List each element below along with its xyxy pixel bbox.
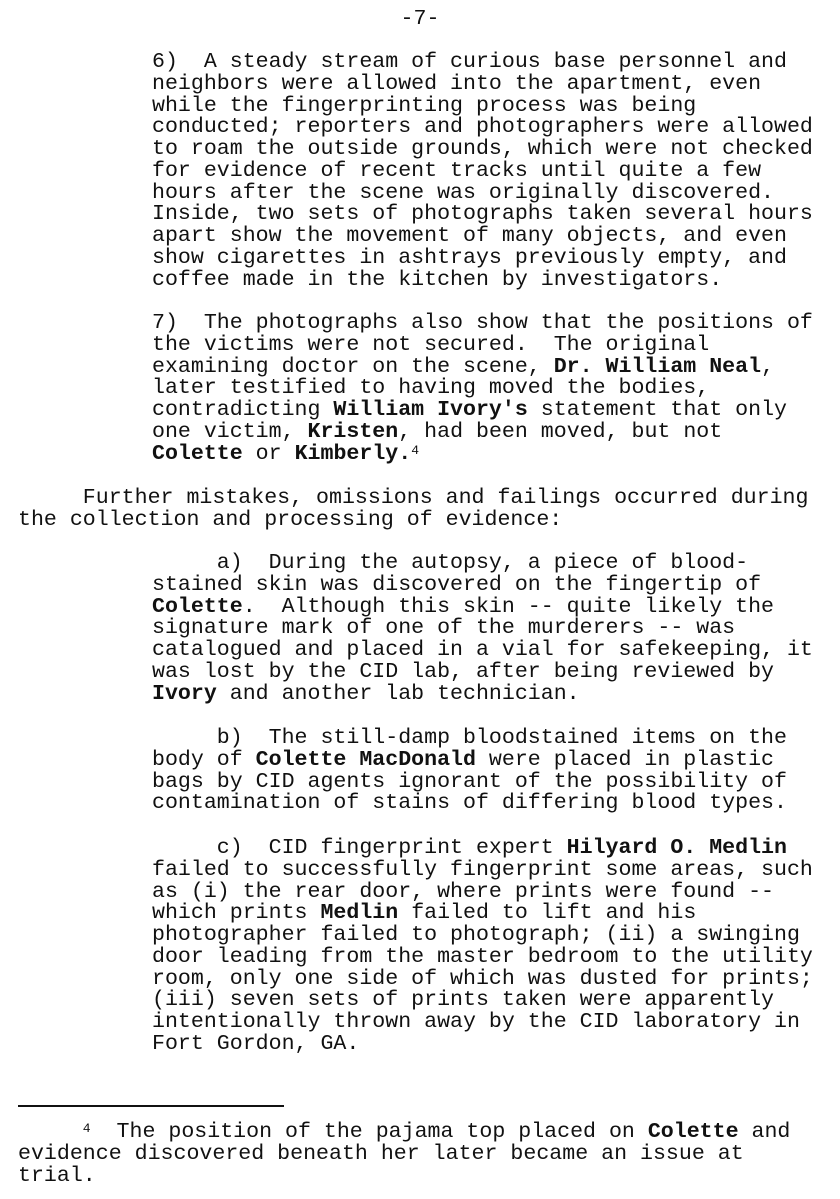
emphasized-name: Colette <box>152 442 243 466</box>
emphasized-name: Ivory <box>152 682 217 706</box>
emphasized-name: Medlin <box>320 901 398 925</box>
footnote: 4 The position of the pajama top placed … <box>18 1122 790 1187</box>
text-line: failed to successfully fingerprint some … <box>152 860 813 882</box>
text-line: apart show the movement of many objects,… <box>152 226 813 248</box>
text-run <box>18 1120 83 1144</box>
list-item-a: a) During the autopsy, a piece of blood-… <box>152 553 813 705</box>
list-item-7: 7) The photographs also show that the po… <box>152 313 813 465</box>
text-line: coffee made in the kitchen by investigat… <box>152 270 813 292</box>
text-line: photographer failed to photograph; (ii) … <box>152 925 813 947</box>
text-line: Fort Gordon, GA. <box>152 1034 813 1056</box>
list-item-6: 6) A steady stream of curious base perso… <box>152 52 813 291</box>
text-run: neighbors were allowed into the apartmen… <box>152 72 761 96</box>
text-run: b) The still-damp bloodstained items on … <box>152 726 787 750</box>
text-line: which prints Medlin failed to lift and h… <box>152 903 813 925</box>
text-run: door leading from the master bedroom to … <box>152 945 813 969</box>
text-run: Further mistakes, omissions and failings… <box>18 486 808 510</box>
text-line: for evidence of recent tracks until quit… <box>152 161 813 183</box>
text-line: 7) The photographs also show that the po… <box>152 313 813 335</box>
text-run: a) During the autopsy, a piece of blood- <box>152 551 748 575</box>
text-run: conducted; reporters and photographers w… <box>152 115 813 139</box>
text-line: catalogued and placed in a vial for safe… <box>152 640 813 662</box>
text-run: The position of the pajama top placed on <box>91 1120 648 1144</box>
text-line: one victim, Kristen, had been moved, but… <box>152 422 813 444</box>
emphasized-name: Kimberly. <box>295 442 412 466</box>
text-line: Further mistakes, omissions and failings… <box>18 488 808 510</box>
text-run: Fort Gordon, GA. <box>152 1032 359 1056</box>
text-run: and <box>739 1120 791 1144</box>
text-line: intentionally thrown away by the CID lab… <box>152 1012 813 1034</box>
footnote-marker: 4 <box>411 443 419 458</box>
text-line: as (i) the rear door, where prints were … <box>152 882 813 904</box>
text-run: c) CID fingerprint expert <box>152 836 567 860</box>
text-line: 6) A steady stream of curious base perso… <box>152 52 813 74</box>
text-run: were placed in plastic <box>476 748 774 772</box>
text-line: a) During the autopsy, a piece of blood- <box>152 553 813 575</box>
text-run: show cigarettes in ashtrays previously e… <box>152 246 787 270</box>
text-line: signature mark of one of the murderers -… <box>152 618 813 640</box>
text-line: Inside, two sets of photographs taken se… <box>152 204 813 226</box>
text-run: body of <box>152 748 256 772</box>
text-line: evidence discovered beneath her later be… <box>18 1144 790 1166</box>
text-run: bags by CID agents ignorant of the possi… <box>152 770 787 794</box>
text-run: which prints <box>152 901 320 925</box>
emphasized-name: William Ivory's <box>333 398 527 422</box>
text-line: show cigarettes in ashtrays previously e… <box>152 248 813 270</box>
emphasized-name: Dr. William Neal <box>554 355 761 379</box>
text-run: contradicting <box>152 398 333 422</box>
list-item-b: b) The still-damp bloodstained items on … <box>152 728 787 815</box>
text-run: hours after the scene was originally dis… <box>152 181 774 205</box>
text-run: stained skin was discovered on the finge… <box>152 573 761 597</box>
text-run: statement that only <box>528 398 787 422</box>
intro-paragraph: Further mistakes, omissions and failings… <box>18 488 808 532</box>
page-number: -7- <box>0 8 840 30</box>
text-run: 7) The photographs also show that the po… <box>152 311 813 335</box>
text-line: later testified to having moved the bodi… <box>152 378 813 400</box>
text-line: while the fingerprinting process was bei… <box>152 96 813 118</box>
text-line: hours after the scene was originally dis… <box>152 183 813 205</box>
text-line: the victims were not secured. The origin… <box>152 335 813 357</box>
text-run: photographer failed to photograph; (ii) … <box>152 923 800 947</box>
text-line: to roam the outside grounds, which were … <box>152 139 813 161</box>
text-run: signature mark of one of the murderers -… <box>152 616 735 640</box>
text-run: failed to lift and his <box>398 901 696 925</box>
text-line: bags by CID agents ignorant of the possi… <box>152 772 787 794</box>
text-run: , had been moved, but not <box>398 420 722 444</box>
text-line: contradicting William Ivory's statement … <box>152 400 813 422</box>
text-run: the collection and processing of evidenc… <box>18 508 562 532</box>
list-item-c: c) CID fingerprint expert Hilyard O. Med… <box>152 838 813 1056</box>
text-line: neighbors were allowed into the apartmen… <box>152 74 813 96</box>
text-run: failed to successfully fingerprint some … <box>152 858 813 882</box>
text-run: (iii) seven sets of prints taken were ap… <box>152 988 774 1012</box>
text-run: later testified to having moved the bodi… <box>152 376 709 400</box>
footnote-marker: 4 <box>83 1121 91 1136</box>
text-run: , <box>761 355 774 379</box>
emphasized-name: Kristen <box>308 420 399 444</box>
emphasized-name: Colette <box>152 595 243 619</box>
text-run: or <box>243 442 295 466</box>
text-run: examining doctor on the scene, <box>152 355 554 379</box>
text-run: coffee made in the kitchen by investigat… <box>152 268 722 292</box>
text-line: room, only one side of which was dusted … <box>152 969 813 991</box>
text-run: for evidence of recent tracks until quit… <box>152 159 761 183</box>
text-run: the victims were not secured. The origin… <box>152 333 709 357</box>
text-line: 4 The position of the pajama top placed … <box>18 1122 790 1144</box>
text-run: intentionally thrown away by the CID lab… <box>152 1010 800 1034</box>
text-run: evidence discovered beneath her later be… <box>18 1142 744 1166</box>
text-line: body of Colette MacDonald were placed in… <box>152 750 787 772</box>
emphasized-name: Colette <box>648 1120 739 1144</box>
text-run: and another lab technician. <box>217 682 580 706</box>
text-run: was lost by the CID lab, after being rev… <box>152 660 774 684</box>
text-line: conducted; reporters and photographers w… <box>152 117 813 139</box>
text-line: Colette or Kimberly.4 <box>152 444 813 466</box>
text-run: Inside, two sets of photographs taken se… <box>152 202 813 226</box>
text-run: one victim, <box>152 420 308 444</box>
text-line: Colette. Although this skin -- quite lik… <box>152 597 813 619</box>
text-run: to roam the outside grounds, which were … <box>152 137 813 161</box>
text-line: door leading from the master bedroom to … <box>152 947 813 969</box>
text-run: room, only one side of which was dusted … <box>152 967 813 991</box>
text-line: (iii) seven sets of prints taken were ap… <box>152 990 813 1012</box>
emphasized-name: Hilyard O. Medlin <box>567 836 787 860</box>
text-run: catalogued and placed in a vial for safe… <box>152 638 813 662</box>
text-run: contamination of stains of differing blo… <box>152 791 787 815</box>
footnote-divider <box>18 1105 284 1107</box>
text-run: while the fingerprinting process was bei… <box>152 94 696 118</box>
text-line: stained skin was discovered on the finge… <box>152 575 813 597</box>
text-run: as (i) the rear door, where prints were … <box>152 880 774 904</box>
text-line: was lost by the CID lab, after being rev… <box>152 662 813 684</box>
text-run: 6) A steady stream of curious base perso… <box>152 50 787 74</box>
text-line: examining doctor on the scene, Dr. Willi… <box>152 357 813 379</box>
text-line: Ivory and another lab technician. <box>152 684 813 706</box>
emphasized-name: Colette MacDonald <box>256 748 476 772</box>
text-run: apart show the movement of many objects,… <box>152 224 787 248</box>
text-line: b) The still-damp bloodstained items on … <box>152 728 787 750</box>
text-line: c) CID fingerprint expert Hilyard O. Med… <box>152 838 813 860</box>
text-line: contamination of stains of differing blo… <box>152 793 787 815</box>
text-run: trial. <box>18 1164 96 1188</box>
text-line: the collection and processing of evidenc… <box>18 510 808 532</box>
text-run: . Although this skin -- quite likely the <box>243 595 774 619</box>
text-line: trial. <box>18 1166 790 1188</box>
